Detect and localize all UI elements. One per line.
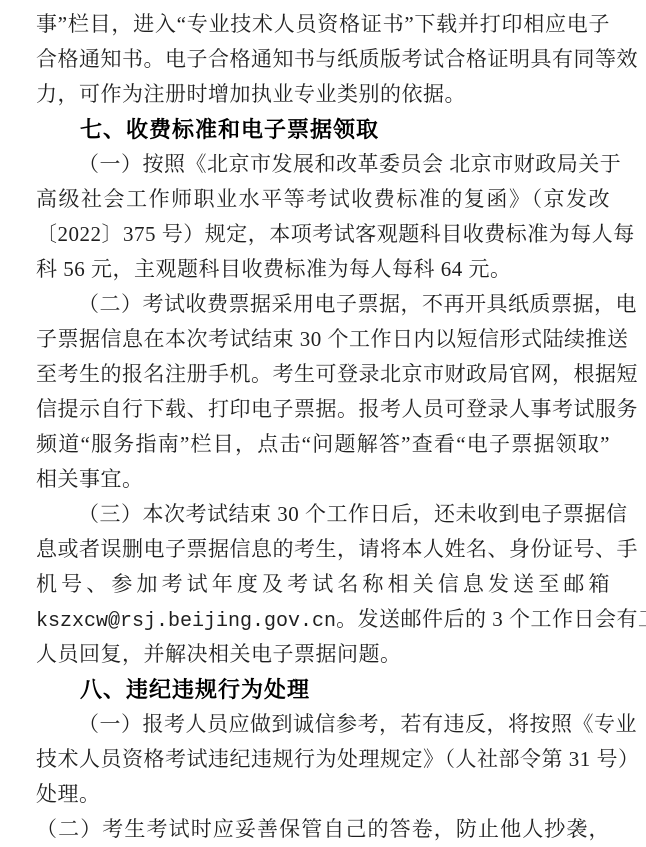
text-line: 高级社会工作师职业水平等考试收费标准的复函》（京发改 bbox=[36, 182, 610, 217]
section-heading-8: 八、违纪违规行为处理 bbox=[36, 672, 610, 707]
text-line: （二）考试收费票据采用电子票据，不再开具纸质票据，电 bbox=[36, 287, 610, 322]
text-line: 子票据信息在本次考试结束 30 个工作日内以短信形式陆续推送 bbox=[36, 322, 610, 357]
text-line: 相关事宜。 bbox=[36, 462, 610, 497]
text-line: （一）按照《北京市发展和改革委员会 北京市财政局关于 bbox=[36, 147, 610, 182]
text-line: 处理。 bbox=[36, 777, 610, 812]
text-line: 信提示自行下载、打印电子票据。报考人员可登录人事考试服务 bbox=[36, 392, 610, 427]
text-line: 技术人员资格考试违纪违规行为处理规定》（人社部令第 31 号） bbox=[36, 742, 610, 777]
text-line: 人员回复，并解决相关电子票据问题。 bbox=[36, 637, 610, 672]
text-line: 机号、参加考试年度及考试名称相关信息发送至邮箱 bbox=[36, 567, 610, 602]
text-line: 。发送邮件后的 3 个工作日会有工作 bbox=[336, 607, 646, 631]
text-line: （一）报考人员应做到诚信参考，若有违反，将按照《专业 bbox=[36, 707, 610, 742]
text-line: 〔2022〕375 号）规定，本项考试客观题科目收费标准为每人每 bbox=[36, 217, 610, 252]
text-line: （三）本次考试结束 30 个工作日后，还未收到电子票据信 bbox=[36, 497, 610, 532]
text-line: 科 56 元，主观题科目收费标准为每人每科 64 元。 bbox=[36, 252, 610, 287]
text-line: 息或者误删电子票据信息的考生，请将本人姓名、身份证号、手 bbox=[36, 532, 610, 567]
text-line: 合格通知书。电子合格通知书与纸质版考试合格证明具有同等效 bbox=[36, 42, 610, 77]
text-line: （二）考生考试时应妥善保管自己的答卷，防止他人抄袭， bbox=[36, 812, 610, 847]
text-line: 至考生的报名注册手机。考生可登录北京市财政局官网，根据短 bbox=[36, 357, 610, 392]
section-heading-7: 七、收费标准和电子票据领取 bbox=[36, 112, 610, 147]
email-address: kszxcw@rsj.beijing.gov.cn bbox=[36, 610, 336, 633]
document-page: 事”栏目，进入“专业技术人员资格证书”下载并打印相应电子 合格通知书。电子合格通… bbox=[0, 0, 646, 847]
text-line: 事”栏目，进入“专业技术人员资格证书”下载并打印相应电子 bbox=[36, 7, 610, 42]
text-line: 力，可作为注册时增加执业专业类别的依据。 bbox=[36, 77, 610, 112]
text-line: kszxcw@rsj.beijing.gov.cn。发送邮件后的 3 个工作日会… bbox=[36, 602, 610, 637]
text-line: 频道“服务指南”栏目，点击“问题解答”查看“电子票据领取” bbox=[36, 427, 610, 462]
